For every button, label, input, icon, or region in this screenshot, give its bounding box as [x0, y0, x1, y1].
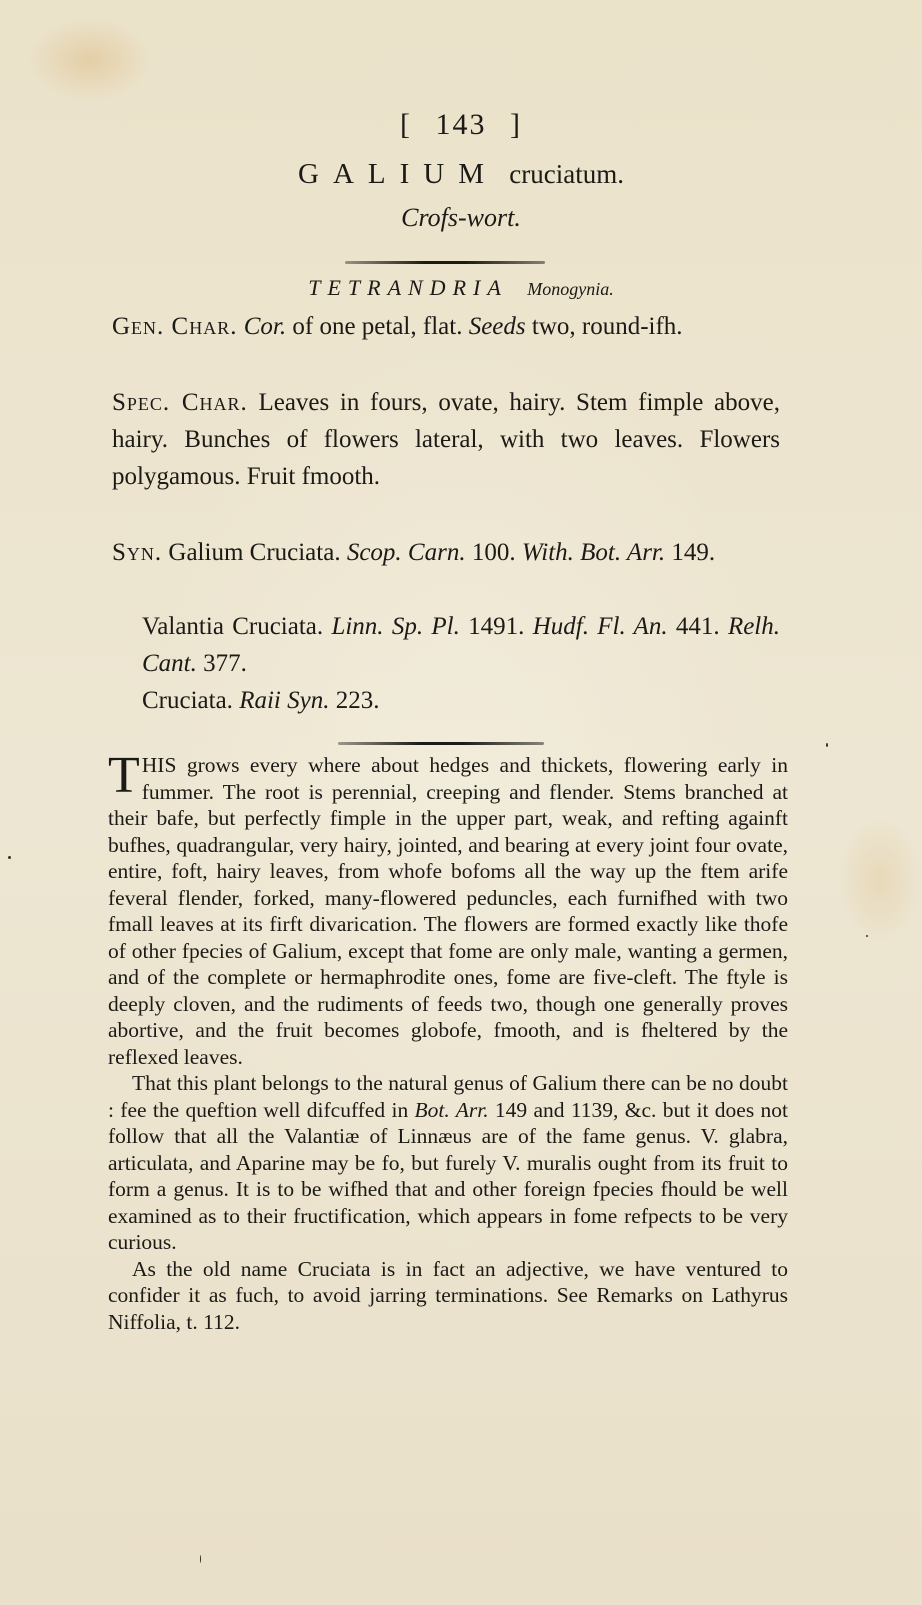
- common-name: Crofs-wort.: [0, 203, 922, 233]
- syn-1-ref-2-num: 149.: [665, 539, 715, 566]
- syn-label: Syn.: [112, 539, 162, 566]
- genus-name: GALIUM: [298, 158, 498, 190]
- syn-2-ref-3-num: 377.: [197, 650, 247, 677]
- paragraph-1-opening: HIS: [142, 753, 177, 777]
- spec-char-label: Spec. Char.: [112, 389, 248, 416]
- syn-1-ref-2: With. Bot. Arr.: [522, 539, 665, 566]
- syn-2-ref-1-num: 1491.: [460, 613, 533, 640]
- paper-speck: [200, 1555, 201, 1563]
- species-epithet: cruciatum.: [509, 159, 624, 189]
- species-title: GALIUM cruciatum.: [0, 158, 922, 191]
- ornamental-rule: [345, 261, 545, 264]
- syn-2-name: Valantia Cruciata.: [142, 613, 331, 640]
- class-name: TETRANDRIA: [308, 275, 508, 300]
- specific-character: Spec. Char. Leaves in fours, ovate, hair…: [112, 384, 780, 495]
- description-paragraph-3: As the old name Cruciata is in fact an a…: [108, 1256, 788, 1336]
- gen-char-text-2: two, round-ifh.: [526, 313, 683, 340]
- syn-3-ref-1-num: 223.: [329, 687, 379, 714]
- synonym-2: Valantia Cruciata. Linn. Sp. Pl. 1491. H…: [142, 608, 780, 682]
- linnaean-classification: TETRANDRIA Monogynia.: [0, 275, 922, 301]
- paragraph-1-text: grows every where about hedges and thick…: [108, 753, 788, 1069]
- paragraph-2-reference: Bot. Arr.: [415, 1098, 489, 1122]
- drop-cap: T: [108, 756, 140, 796]
- paper-speck: [866, 935, 868, 937]
- syn-2-ref-1: Linn. Sp. Pl.: [331, 613, 459, 640]
- gen-char-text-1: of one petal, flat.: [286, 313, 469, 340]
- paragraph-3-text: As the old name Cruciata is in fact an a…: [108, 1257, 788, 1334]
- syn-2-ref-2-num: 441.: [668, 613, 728, 640]
- gen-char-abbr: Cor.: [244, 313, 286, 340]
- synonym-1: Syn. Galium Cruciata. Scop. Carn. 100. W…: [112, 534, 780, 571]
- syn-2-ref-2: Hudf. Fl. An.: [533, 613, 668, 640]
- page-number: [ 143 ]: [0, 108, 922, 142]
- order-name: Monogynia.: [527, 279, 613, 299]
- synonym-3: Cruciata. Raii Syn. 223.: [142, 682, 780, 719]
- syn-1-ref-1: Scop. Carn.: [347, 539, 466, 566]
- gen-char-label: Gen. Char.: [112, 313, 237, 340]
- paper-speck: [826, 743, 828, 747]
- syn-1-ref-1-num: 100.: [466, 539, 522, 566]
- generic-character: Gen. Char. Cor. of one petal, flat. Seed…: [112, 308, 780, 345]
- paper-speck: [8, 856, 11, 859]
- syn-1-name: Galium Cruciata.: [162, 539, 347, 566]
- syn-3-ref-1: Raii Syn.: [239, 687, 329, 714]
- description-paragraph-1: THIS grows every where about hedges and …: [108, 752, 788, 1070]
- syn-3-name: Cruciata.: [142, 687, 239, 714]
- book-page: [ 143 ] GALIUM cruciatum. Crofs-wort. TE…: [0, 0, 922, 1605]
- gen-char-seeds: Seeds: [469, 313, 526, 340]
- section-divider-rule: [338, 742, 544, 745]
- description-paragraph-2: That this plant belongs to the natural g…: [108, 1070, 788, 1256]
- species-description: THIS grows every where about hedges and …: [108, 752, 788, 1335]
